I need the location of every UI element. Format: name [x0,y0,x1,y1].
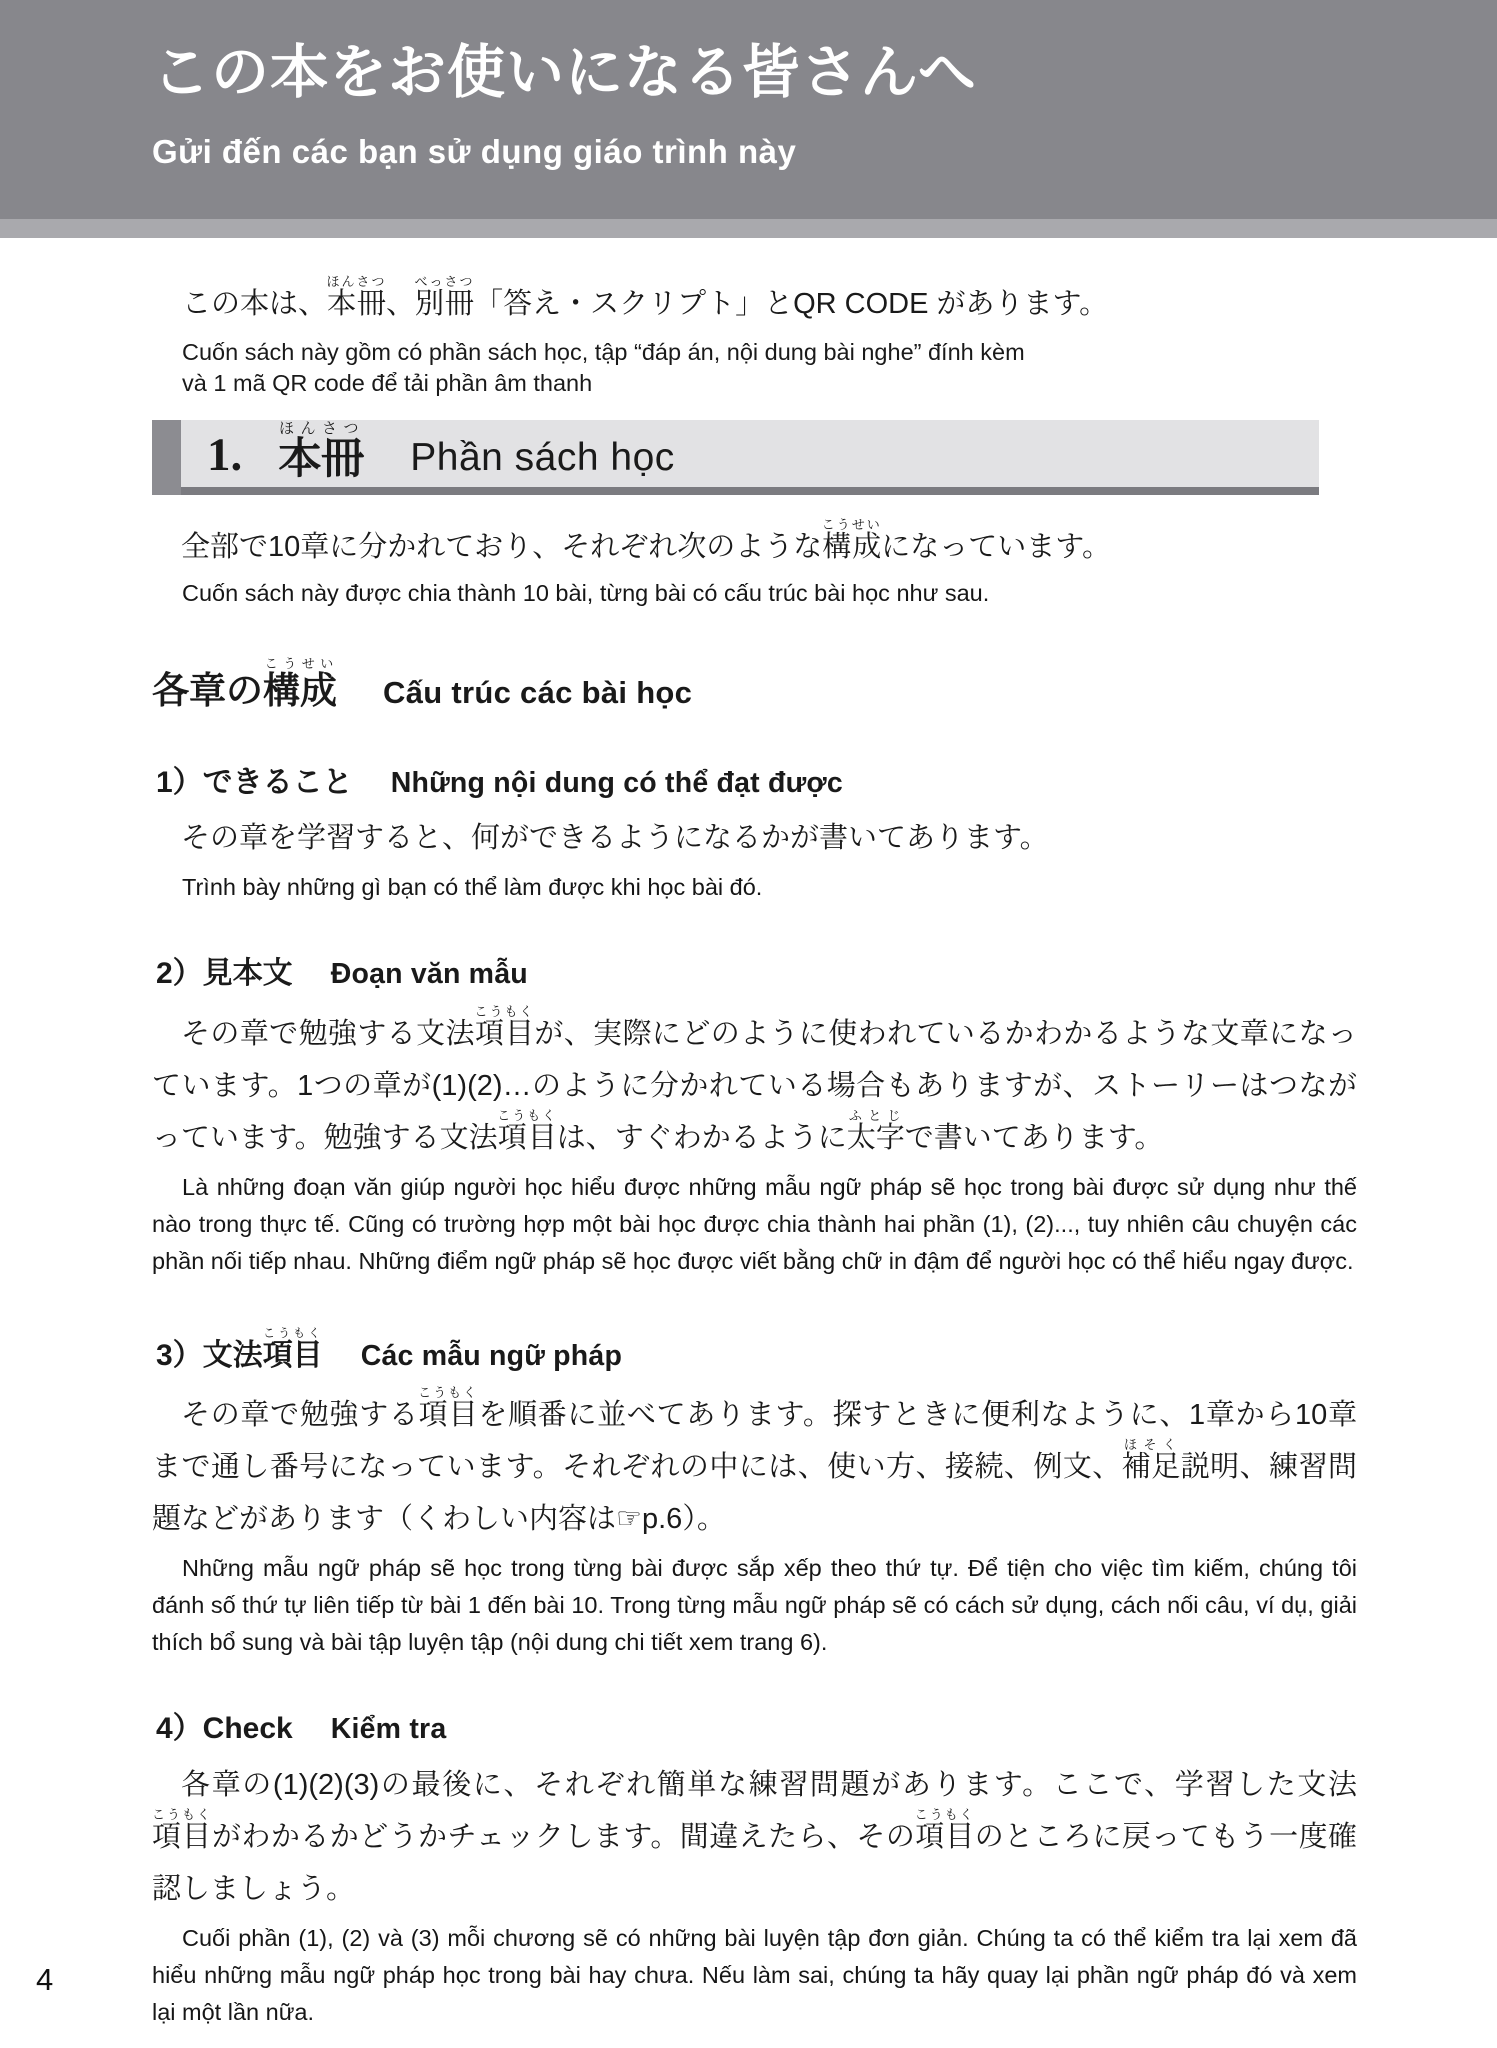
item3-heading-vi: Các mẫu ngữ pháp [361,1340,622,1373]
intro-block: この本は、本冊ほんさつ、別冊べっさつ「答え・スクリプト」とQR CODE があり… [152,274,1357,400]
item3-heading-ja: 3）文法項目こうもく [156,1326,323,1378]
item3-body-ja: その章で勉強する項目こうもくを順番に並べてあります。探すときに便利なように、1章… [152,1385,1357,1545]
item3-body-vi: Những mẫu ngữ pháp sẽ học trong từng bài… [152,1550,1357,1661]
intro-text-ja: この本は、本冊ほんさつ、別冊べっさつ「答え・スクリプト」とQR CODE があり… [152,274,1357,333]
structure-heading-ja: 各章の構成こうせい [152,656,337,715]
item4-heading: 4）Check Kiểm tra [152,1707,1357,1751]
item2-heading-vi: Đoạn văn mẫu [331,958,528,991]
section1-bar-body: 1. 本冊ほんさつ Phần sách học [181,420,1319,495]
banner-divider [0,219,1497,238]
section1-body-ja: 全部で10章に分かれており、それぞれ次のような構成こうせいになっています。 [152,517,1357,573]
item1-body-ja: その章を学習すると、何ができるようになるかが書いてあります。 [152,812,1357,864]
page-number: 4 [36,1962,53,1998]
item4-body-ja: 各章の(1)(2)(3)の最後に、それぞれ簡単な練習問題があります。ここで、学習… [152,1759,1357,1915]
structure-item-3: 3）文法項目こうもく Các mẫu ngữ pháp その章で勉強する項目こう… [152,1326,1357,1662]
section1-title-ja: 本冊ほんさつ [278,420,364,487]
page-content: この本は、本冊ほんさつ、別冊べっさつ「答え・スクリプト」とQR CODE があり… [0,274,1497,2031]
section1-bar: 1. 本冊ほんさつ Phần sách học [152,420,1319,495]
item2-heading: 2）見本文 Đoạn văn mẫu [152,952,1357,996]
item1-heading-ja: 1）できること [156,761,353,805]
item3-heading: 3）文法項目こうもく Các mẫu ngữ pháp [152,1326,1357,1378]
section1-number: 1. [207,432,242,487]
item2-heading-ja: 2）見本文 [156,952,293,996]
structure-item-4: 4）Check Kiểm tra 各章の(1)(2)(3)の最後に、それぞれ簡単… [152,1707,1357,2031]
section1-bar-accent [152,420,181,495]
item4-body-vi: Cuối phần (1), (2) và (3) mỗi chương sẽ … [152,1920,1357,2031]
item1-heading-vi: Những nội dung có thể đạt được [391,767,843,800]
page-banner: この本をお使いになる皆さんへ Gửi đến các bạn sử dụng g… [0,0,1497,219]
item2-body-ja: その章で勉強する文法項目こうもくが、実際にどのように使われているかわかるような文… [152,1004,1357,1164]
item1-body-vi: Trình bày những gì bạn có thể làm được k… [152,869,1357,906]
item1-heading: 1）できること Những nội dung có thể đạt được [152,761,1357,805]
page-subtitle: Gửi đến các bạn sử dụng giáo trình này [152,133,1497,171]
structure-item-1: 1）できること Những nội dung có thể đạt được そ… [152,761,1357,907]
structure-heading-vi: Cấu trúc các bài học [383,675,692,711]
structure-item-2: 2）見本文 Đoạn văn mẫu その章で勉強する文法項目こうもくが、実際に… [152,952,1357,1280]
section1-body-vi: Cuốn sách này được chia thành 10 bài, từ… [152,575,1357,612]
item4-heading-ja: 4）Check [156,1707,293,1751]
page-title: この本をお使いになる皆さんへ [152,40,1497,107]
intro-text-vi: Cuốn sách này gồm có phần sách học, tập … [152,337,1357,400]
section1-title-vi: Phần sách học [410,438,675,487]
book-page: この本をお使いになる皆さんへ Gửi đến các bạn sử dụng g… [0,0,1497,2048]
item4-heading-vi: Kiểm tra [331,1713,447,1746]
structure-heading: 各章の構成こうせい Cấu trúc các bài học [152,656,1357,715]
item2-body-vi: Là những đoạn văn giúp người học hiểu đư… [152,1169,1357,1280]
